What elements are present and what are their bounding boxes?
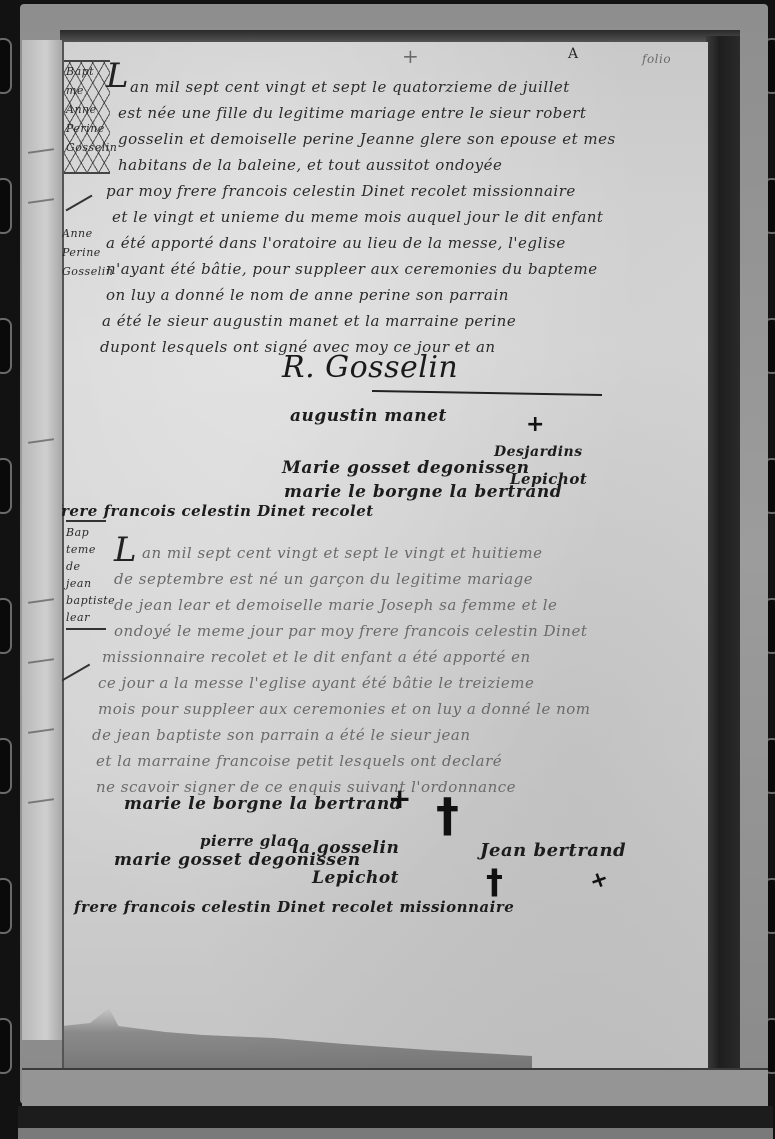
signature-officiant: frere francois celestin Dinet recolet: [62, 502, 374, 520]
margin-stroke: [62, 664, 90, 683]
entry-1-margin-note: Bapt me Anne Perine Gosselin: [66, 62, 110, 157]
entry-2-line: de septembre est né un garçon du legitim…: [114, 570, 533, 588]
entry-1-line: n'ayant été bâtie, pour suppleer aux cer…: [106, 260, 598, 278]
film-sprocket: [0, 178, 12, 234]
entry-2-line: de jean baptiste son parrain a été le si…: [92, 726, 471, 744]
film-sprocket: [0, 458, 12, 514]
film-sprocket: [0, 1018, 12, 1074]
entry-1-dropcap: L: [106, 56, 129, 96]
entry-2-dropcap: L: [114, 530, 137, 570]
entry-2-line: de jean lear et demoiselle marie Joseph …: [114, 596, 557, 614]
cross-mark: +: [388, 782, 411, 815]
entry-2-line: ondoyé le meme jour par moy frere franco…: [114, 622, 587, 640]
entry-1-line: an mil sept cent vingt et sept le quator…: [130, 78, 570, 96]
entry-2-line: missionnaire recolet et le dit enfant a …: [102, 648, 531, 666]
signature-le-borgne: marie le borgne la bertrand: [124, 794, 402, 814]
film-sprocket: [0, 318, 12, 374]
top-cross-mark: +: [402, 44, 419, 68]
film-sprocket: [0, 598, 12, 654]
entry-1-line: a été le sieur augustin manet et la marr…: [102, 312, 516, 330]
signature-le-borgne: marie le borgne la bertrand: [284, 482, 562, 502]
entry-2-line: et la marraine francoise petit lesquels …: [96, 752, 502, 770]
film-sprocket: [0, 38, 12, 94]
entry-1-line: on luy a donné le nom de anne perine son…: [106, 286, 509, 304]
entry-1-margin-note-secondary: Anne Perine Gosselin: [62, 224, 106, 281]
entry-2-line: an mil sept cent vingt et sept le vingt …: [142, 544, 543, 562]
entry-2-line: mois pour suppleer aux ceremonies et on …: [98, 700, 591, 718]
entry-2-margin-note: Bap teme de jean baptiste lear: [66, 524, 110, 626]
film-bar: [18, 1106, 773, 1128]
entry-1-line: par moy frere francois celestin Dinet re…: [106, 182, 576, 200]
margin-stroke: [66, 195, 93, 212]
entry-1-line: a été apporté dans l'oratoire au lieu de…: [106, 234, 566, 252]
signature-officiant: frere francois celestin Dinet recolet mi…: [74, 898, 514, 916]
previous-page-edge: [22, 40, 64, 1040]
cross-mark: †: [486, 862, 503, 902]
cross-mark: †: [436, 788, 459, 842]
signature-glac: pierre glac: [200, 832, 297, 850]
entry-2-line: ce jour a la messe l'eglise ayant été bâ…: [98, 674, 534, 692]
right-frame-shadow: [706, 36, 740, 1070]
water-stain: [62, 1008, 532, 1068]
signature-bertrand: Jean bertrand: [480, 840, 626, 861]
signature-lepichot: Lepichot: [312, 868, 399, 888]
margin-divider: [66, 628, 106, 630]
film-sprocket: [0, 878, 12, 934]
folio-mark: A: [568, 46, 579, 62]
entry-1-line: est née une fille du legitime mariage en…: [118, 104, 586, 122]
entry-1-line: habitans de la baleine, et tout aussitot…: [118, 156, 502, 174]
entry-1-line: gosselin et demoiselle perine Jeanne gle…: [118, 130, 616, 148]
margin-divider: [66, 520, 106, 522]
folio-note: folio: [642, 52, 671, 66]
signature-flourish: [372, 390, 602, 396]
entry-1-line: et le vingt et unieme du meme mois auque…: [112, 208, 603, 226]
signature-gosselin: R. Gosselin: [282, 350, 458, 385]
next-frame-edge: [18, 1128, 773, 1139]
cross-mark: +: [586, 866, 612, 896]
board-bottom-strip: [22, 1068, 768, 1108]
signature-gosset: marie gosset degonissen: [114, 850, 361, 870]
margin-rule: [62, 42, 64, 1068]
film-sprocket: [0, 738, 12, 794]
register-page: + A folio Bapt me Anne Perine Gosselin A…: [62, 42, 708, 1068]
cross-mark: +: [526, 412, 544, 437]
signature-gosset: Marie gosset degonissen: [282, 458, 530, 478]
signature-manet: augustin manet: [290, 406, 447, 426]
